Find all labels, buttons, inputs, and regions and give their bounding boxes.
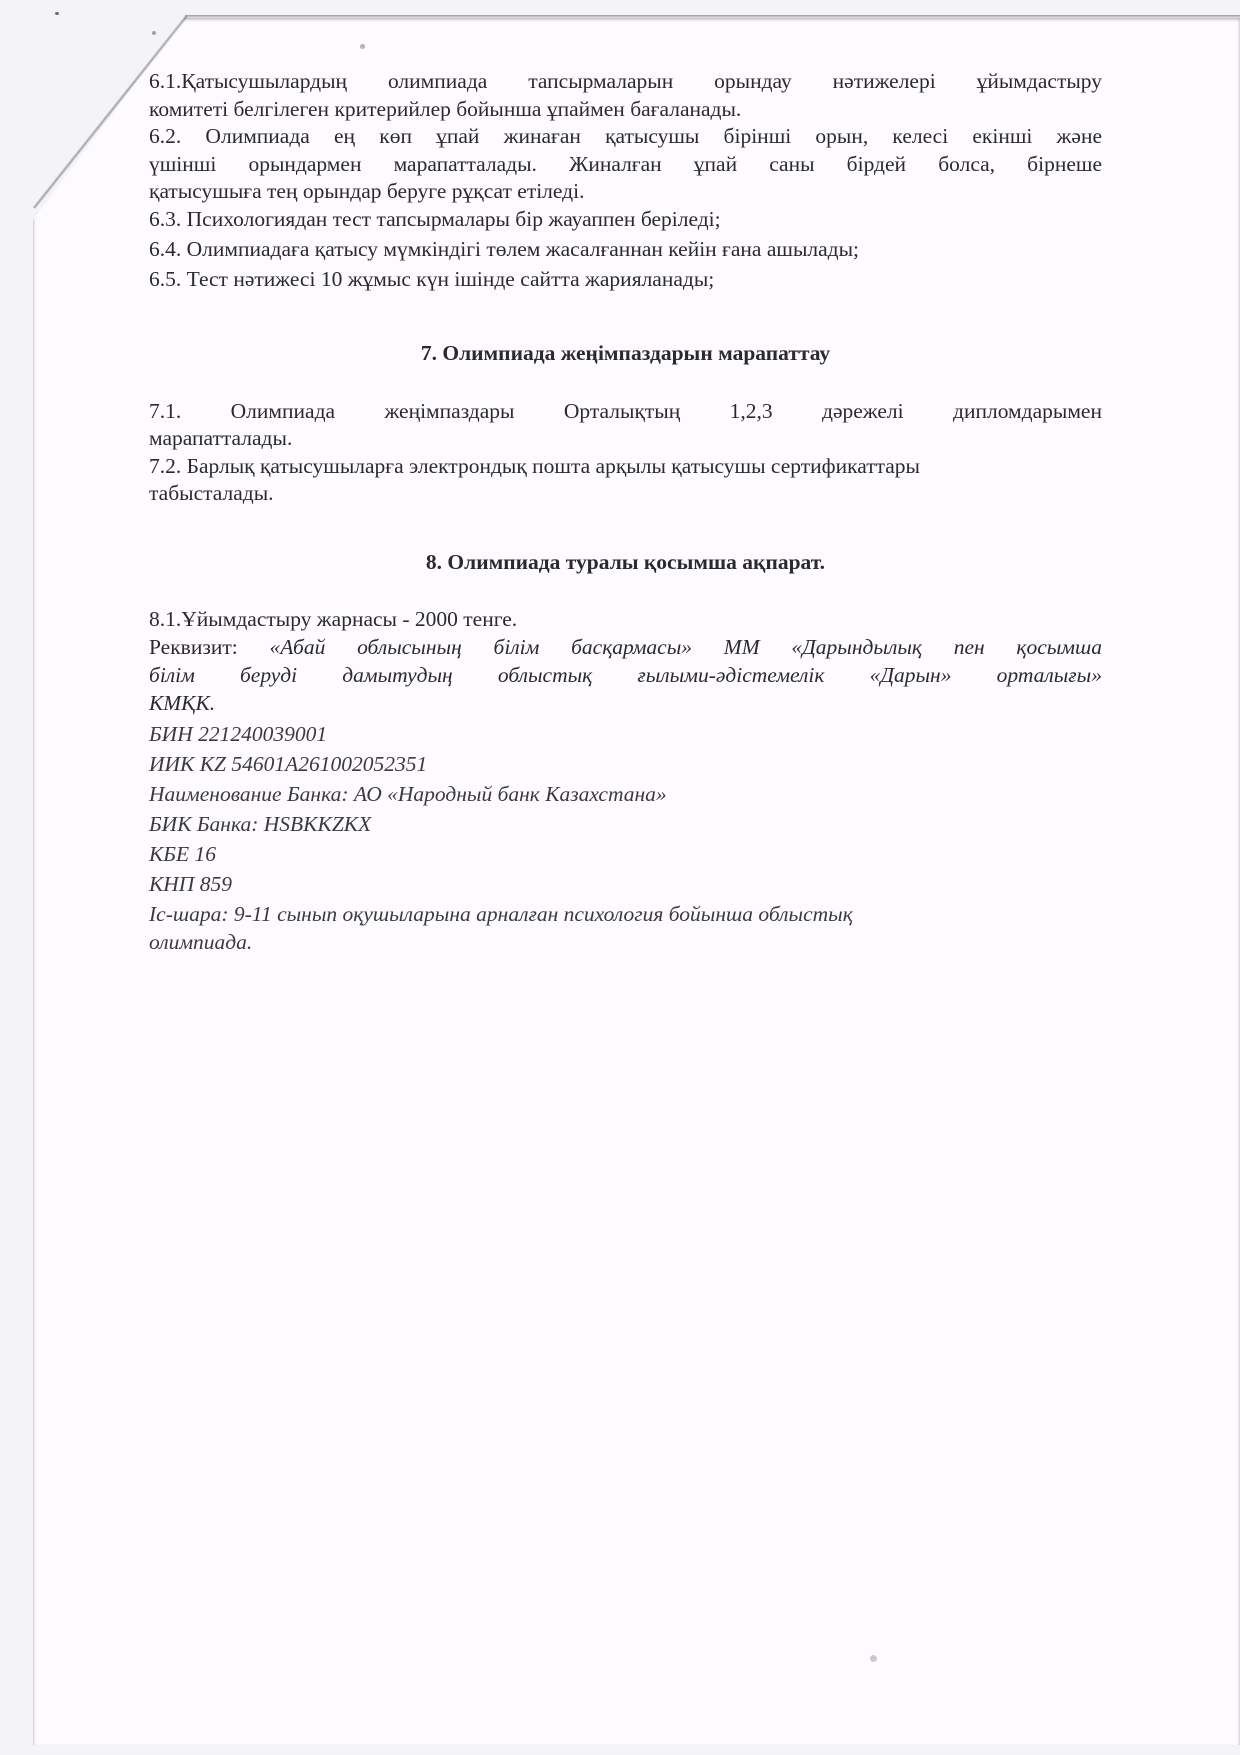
scan-speck xyxy=(870,1655,877,1662)
paragraph-7-1-line-1: 7.1. Олимпиада жеңімпаздары Орталықтың 1… xyxy=(149,398,1102,424)
bank-bik: БИК Банка: HSBKKZKX xyxy=(149,811,1102,837)
bank-iik: ИИК KZ 54601A261002052351 xyxy=(149,751,1102,777)
paragraph-6-4: 6.4. Олимпиадаға қатысу мүмкіндігі төлем… xyxy=(149,236,1102,262)
paragraph-6-1-line-2: комитеті белгілеген критерийлер бойынша … xyxy=(149,96,1102,122)
event-description-line-2: олимпиада. xyxy=(149,929,1102,955)
paragraph-7-2-line-2: табысталады. xyxy=(149,480,1102,506)
event-description-line-1: Іс-шара: 9-11 сынып оқушыларына арналған… xyxy=(149,901,1102,927)
bank-knp: КНП 859 xyxy=(149,871,1102,897)
paragraph-8-1-fee: 8.1.Ұйымдастыру жарнасы - 2000 тенге. xyxy=(149,606,1102,632)
requisites-org: «Абай облысының білім басқармасы» ММ «Да… xyxy=(269,635,1102,659)
requisites-line-3: КМҚК. xyxy=(149,690,1102,716)
paragraph-6-5: 6.5. Тест нәтижесі 10 жұмыс күн ішінде с… xyxy=(149,266,1102,292)
left-margin-line xyxy=(33,220,34,1745)
paragraph-6-2-line-3: қатысушыға тең орындар беруге рұқсат еті… xyxy=(149,178,1102,204)
requisites-label: Реквизит: xyxy=(149,635,269,659)
section-7-heading: 7. Олимпиада жеңімпаздарын марапаттау xyxy=(149,340,1102,366)
scan-speck xyxy=(152,31,156,35)
bank-kbe: КБЕ 16 xyxy=(149,841,1102,867)
paragraph-6-1-line-1: 6.1.Қатысушылардың олимпиада тапсырмалар… xyxy=(149,68,1102,94)
requisites-line-2: білім беруді дамытудың облыстық ғылыми-ә… xyxy=(149,662,1102,688)
bank-name: Наименование Банка: АО «Народный банк Ка… xyxy=(149,781,1102,807)
bank-bin: БИН 221240039001 xyxy=(149,721,1102,747)
section-8-heading: 8. Олимпиада туралы қосымша ақпарат. xyxy=(149,549,1102,575)
requisites-line-1: Реквизит: «Абай облысының білім басқарма… xyxy=(149,634,1102,660)
scan-speck xyxy=(360,44,365,49)
paper-top-edge xyxy=(185,15,1240,18)
paragraph-7-2-line-1: 7.2. Барлық қатысушыларға электрондық по… xyxy=(149,453,1102,479)
paragraph-7-1-line-2: марапатталады. xyxy=(149,425,1102,451)
paragraph-6-3: 6.3. Психологиядан тест тапсырмалары бір… xyxy=(149,206,1102,232)
paragraph-6-2-line-1: 6.2. Олимпиада ең көп ұпай жинаған қатыс… xyxy=(149,123,1102,149)
scan-speck xyxy=(55,12,59,15)
paragraph-6-2-line-2: үшінші орындармен марапатталады. Жиналға… xyxy=(149,151,1102,177)
